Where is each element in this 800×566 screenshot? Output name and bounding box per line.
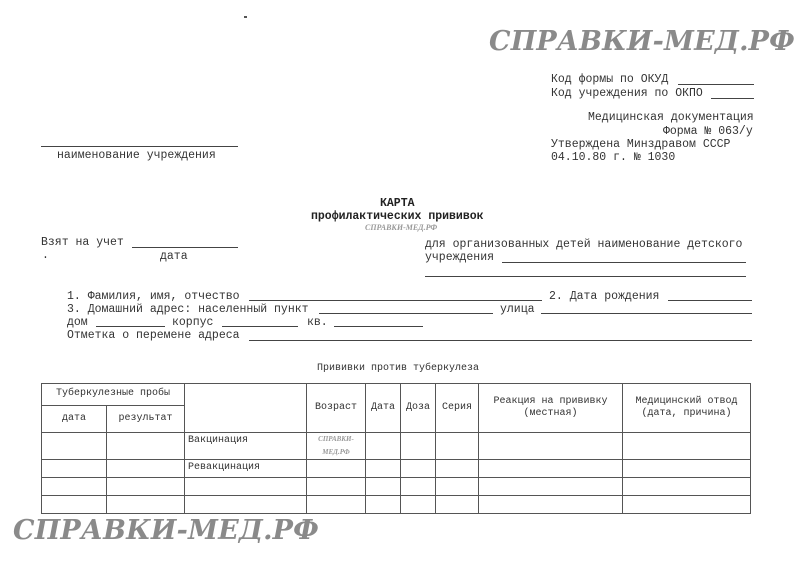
institution-field[interactable]: [41, 146, 238, 147]
registration-label: Взят на учет: [41, 236, 124, 249]
card-subtitle: профилактических прививок: [311, 210, 484, 223]
okud-field[interactable]: [678, 84, 754, 85]
cell[interactable]: [107, 496, 185, 514]
cell[interactable]: [623, 433, 751, 460]
cell[interactable]: [623, 460, 751, 478]
cell[interactable]: [623, 496, 751, 514]
cell[interactable]: [42, 460, 107, 478]
kindergarten-field-2[interactable]: [425, 276, 746, 277]
table-caption: Прививки против туберкулеза: [317, 363, 479, 374]
cell[interactable]: [401, 460, 436, 478]
cell[interactable]: [307, 460, 366, 478]
address-change-label: Отметка о перемене адреса: [67, 329, 240, 342]
cell[interactable]: [401, 496, 436, 514]
cell[interactable]: [436, 460, 479, 478]
cell[interactable]: [107, 478, 185, 496]
table-row: [42, 478, 751, 496]
scan-speck: [244, 16, 247, 18]
cell[interactable]: [479, 478, 623, 496]
cell[interactable]: [307, 496, 366, 514]
header-reaction-line1: Реакция на прививку: [479, 396, 622, 408]
cell[interactable]: [436, 478, 479, 496]
form-number: Форма № 063/у: [663, 125, 753, 138]
approved-by: Утверждена Минздравом СССР: [551, 138, 730, 151]
watermark-under-title: СПРАВКИ-МЕД.РФ: [365, 223, 437, 232]
header-test-date: дата: [42, 406, 107, 433]
cell[interactable]: [107, 460, 185, 478]
street-label: улица: [500, 303, 535, 316]
organized-children-label: для организованных детей наименование де…: [425, 238, 742, 251]
header-exemption-line2: (дата, причина): [623, 408, 750, 420]
cell[interactable]: [436, 433, 479, 460]
header-reaction-line2: (местная): [479, 408, 622, 420]
institution-caption: наименование учреждения: [57, 149, 216, 162]
registration-date-field[interactable]: [132, 247, 238, 248]
cell[interactable]: [366, 433, 401, 460]
table-row: Ревакцинация: [42, 460, 751, 478]
house-field[interactable]: [96, 326, 165, 327]
organized-children-label-2: учреждения: [425, 251, 494, 264]
cell[interactable]: [42, 496, 107, 514]
watermark-bottom: СПРАВКИ-МЕД.РФ: [13, 515, 319, 546]
header-exemption-line1: Медицинский отвод: [623, 396, 750, 408]
registration-date-caption: дата: [160, 250, 188, 263]
cell[interactable]: [479, 433, 623, 460]
watermark-in-table: СПРАВКИ-МЕД.РФ: [318, 435, 354, 456]
cell[interactable]: [366, 496, 401, 514]
watermark-top: СПРАВКИ-МЕД.РФ: [489, 26, 795, 57]
header-reaction: Реакция на прививку (местная): [479, 384, 623, 433]
address-change-field[interactable]: [249, 340, 752, 341]
cell[interactable]: [42, 478, 107, 496]
house-label: дом: [67, 316, 88, 329]
cell[interactable]: [366, 478, 401, 496]
birth-date-field[interactable]: [668, 300, 752, 301]
building-label: корпус: [172, 316, 213, 329]
kindergarten-field[interactable]: [502, 262, 746, 263]
cell[interactable]: [623, 478, 751, 496]
header-exemption: Медицинский отвод (дата, причина): [623, 384, 751, 433]
row-type[interactable]: [185, 496, 307, 514]
cell[interactable]: [479, 496, 623, 514]
cell[interactable]: СПРАВКИ-МЕД.РФ: [307, 433, 366, 460]
card-title: КАРТА: [380, 197, 415, 210]
header-dose: Доза: [401, 384, 436, 433]
cell[interactable]: [436, 496, 479, 514]
header-tb-tests: Туберкулезные пробы: [42, 384, 185, 406]
doc-type: Медицинская документация: [588, 111, 754, 124]
full-name-field[interactable]: [249, 300, 542, 301]
cell[interactable]: [42, 433, 107, 460]
registration-dot: .: [42, 249, 49, 262]
cell[interactable]: [366, 460, 401, 478]
street-field[interactable]: [541, 313, 752, 314]
table-row: Вакцинация СПРАВКИ-МЕД.РФ: [42, 433, 751, 460]
header-age: Возраст: [307, 384, 366, 433]
building-field[interactable]: [222, 326, 298, 327]
cell[interactable]: [107, 433, 185, 460]
header-blank: [185, 384, 307, 433]
row-type-revaccination: Ревакцинация: [185, 460, 307, 478]
cell[interactable]: [401, 433, 436, 460]
row-type-vaccination: Вакцинация: [185, 433, 307, 460]
apartment-label: кв.: [307, 316, 328, 329]
header-test-result: результат: [107, 406, 185, 433]
address-label: 3. Домашний адрес: населенный пункт: [67, 303, 309, 316]
okud-label: Код формы по ОКУД: [551, 73, 668, 86]
birth-date-label: 2. Дата рождения: [549, 290, 659, 303]
approved-date: 04.10.80 г. № 1030: [551, 151, 675, 164]
apartment-field[interactable]: [334, 326, 423, 327]
row-type[interactable]: [185, 478, 307, 496]
okpo-label: Код учреждения по ОКПО: [551, 87, 703, 100]
header-series: Серия: [436, 384, 479, 433]
table-row: [42, 496, 751, 514]
okpo-field[interactable]: [711, 98, 754, 99]
full-name-label: 1. Фамилия, имя, отчество: [67, 290, 240, 303]
settlement-field[interactable]: [319, 313, 493, 314]
header-date: Дата: [366, 384, 401, 433]
tuberculosis-vaccination-table: Туберкулезные пробы Возраст Дата Доза Се…: [41, 383, 751, 514]
cell[interactable]: [479, 460, 623, 478]
cell[interactable]: [401, 478, 436, 496]
cell[interactable]: [307, 478, 366, 496]
